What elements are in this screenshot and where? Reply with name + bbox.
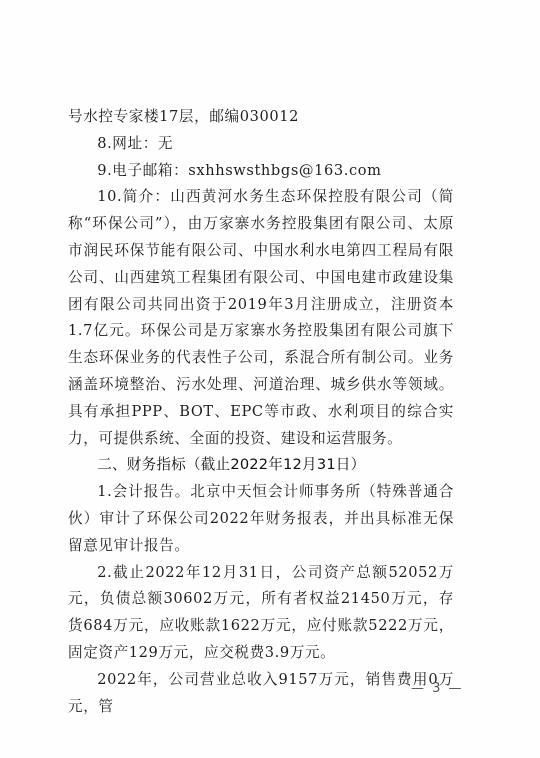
document-body: 号水控专家楼17层，邮编030012 8.网址：无 9.电子邮箱：sxhhsws… bbox=[68, 104, 454, 720]
address-continuation: 号水控专家楼17层，邮编030012 bbox=[68, 104, 454, 131]
balance-sheet-paragraph: 2.截止2022年12月31日，公司资产总额52052万元，负债总额30602万… bbox=[68, 560, 454, 667]
email-line: 9.电子邮箱：sxhhswsthbgs@163.com bbox=[68, 158, 454, 185]
section-heading-financial-indicators: 二、财务指标（截止2022年12月31日） bbox=[68, 452, 454, 479]
income-paragraph: 2022年，公司营业总收入9157万元，销售费用0万元，管 bbox=[68, 667, 454, 721]
audit-report-paragraph: 1.会计报告。北京中天恒会计师事务所（特殊普通合伙）审计了环保公司2022年财务… bbox=[68, 479, 454, 559]
document-page: 号水控专家楼17层，邮编030012 8.网址：无 9.电子邮箱：sxhhsws… bbox=[0, 0, 540, 758]
page-number: — 3 — bbox=[411, 681, 464, 696]
website-line: 8.网址：无 bbox=[68, 131, 454, 158]
company-intro-paragraph: 10.简介：山西黄河水务生态环保控股有限公司（简称“环保公司”），由万家寨水务控… bbox=[68, 184, 454, 452]
